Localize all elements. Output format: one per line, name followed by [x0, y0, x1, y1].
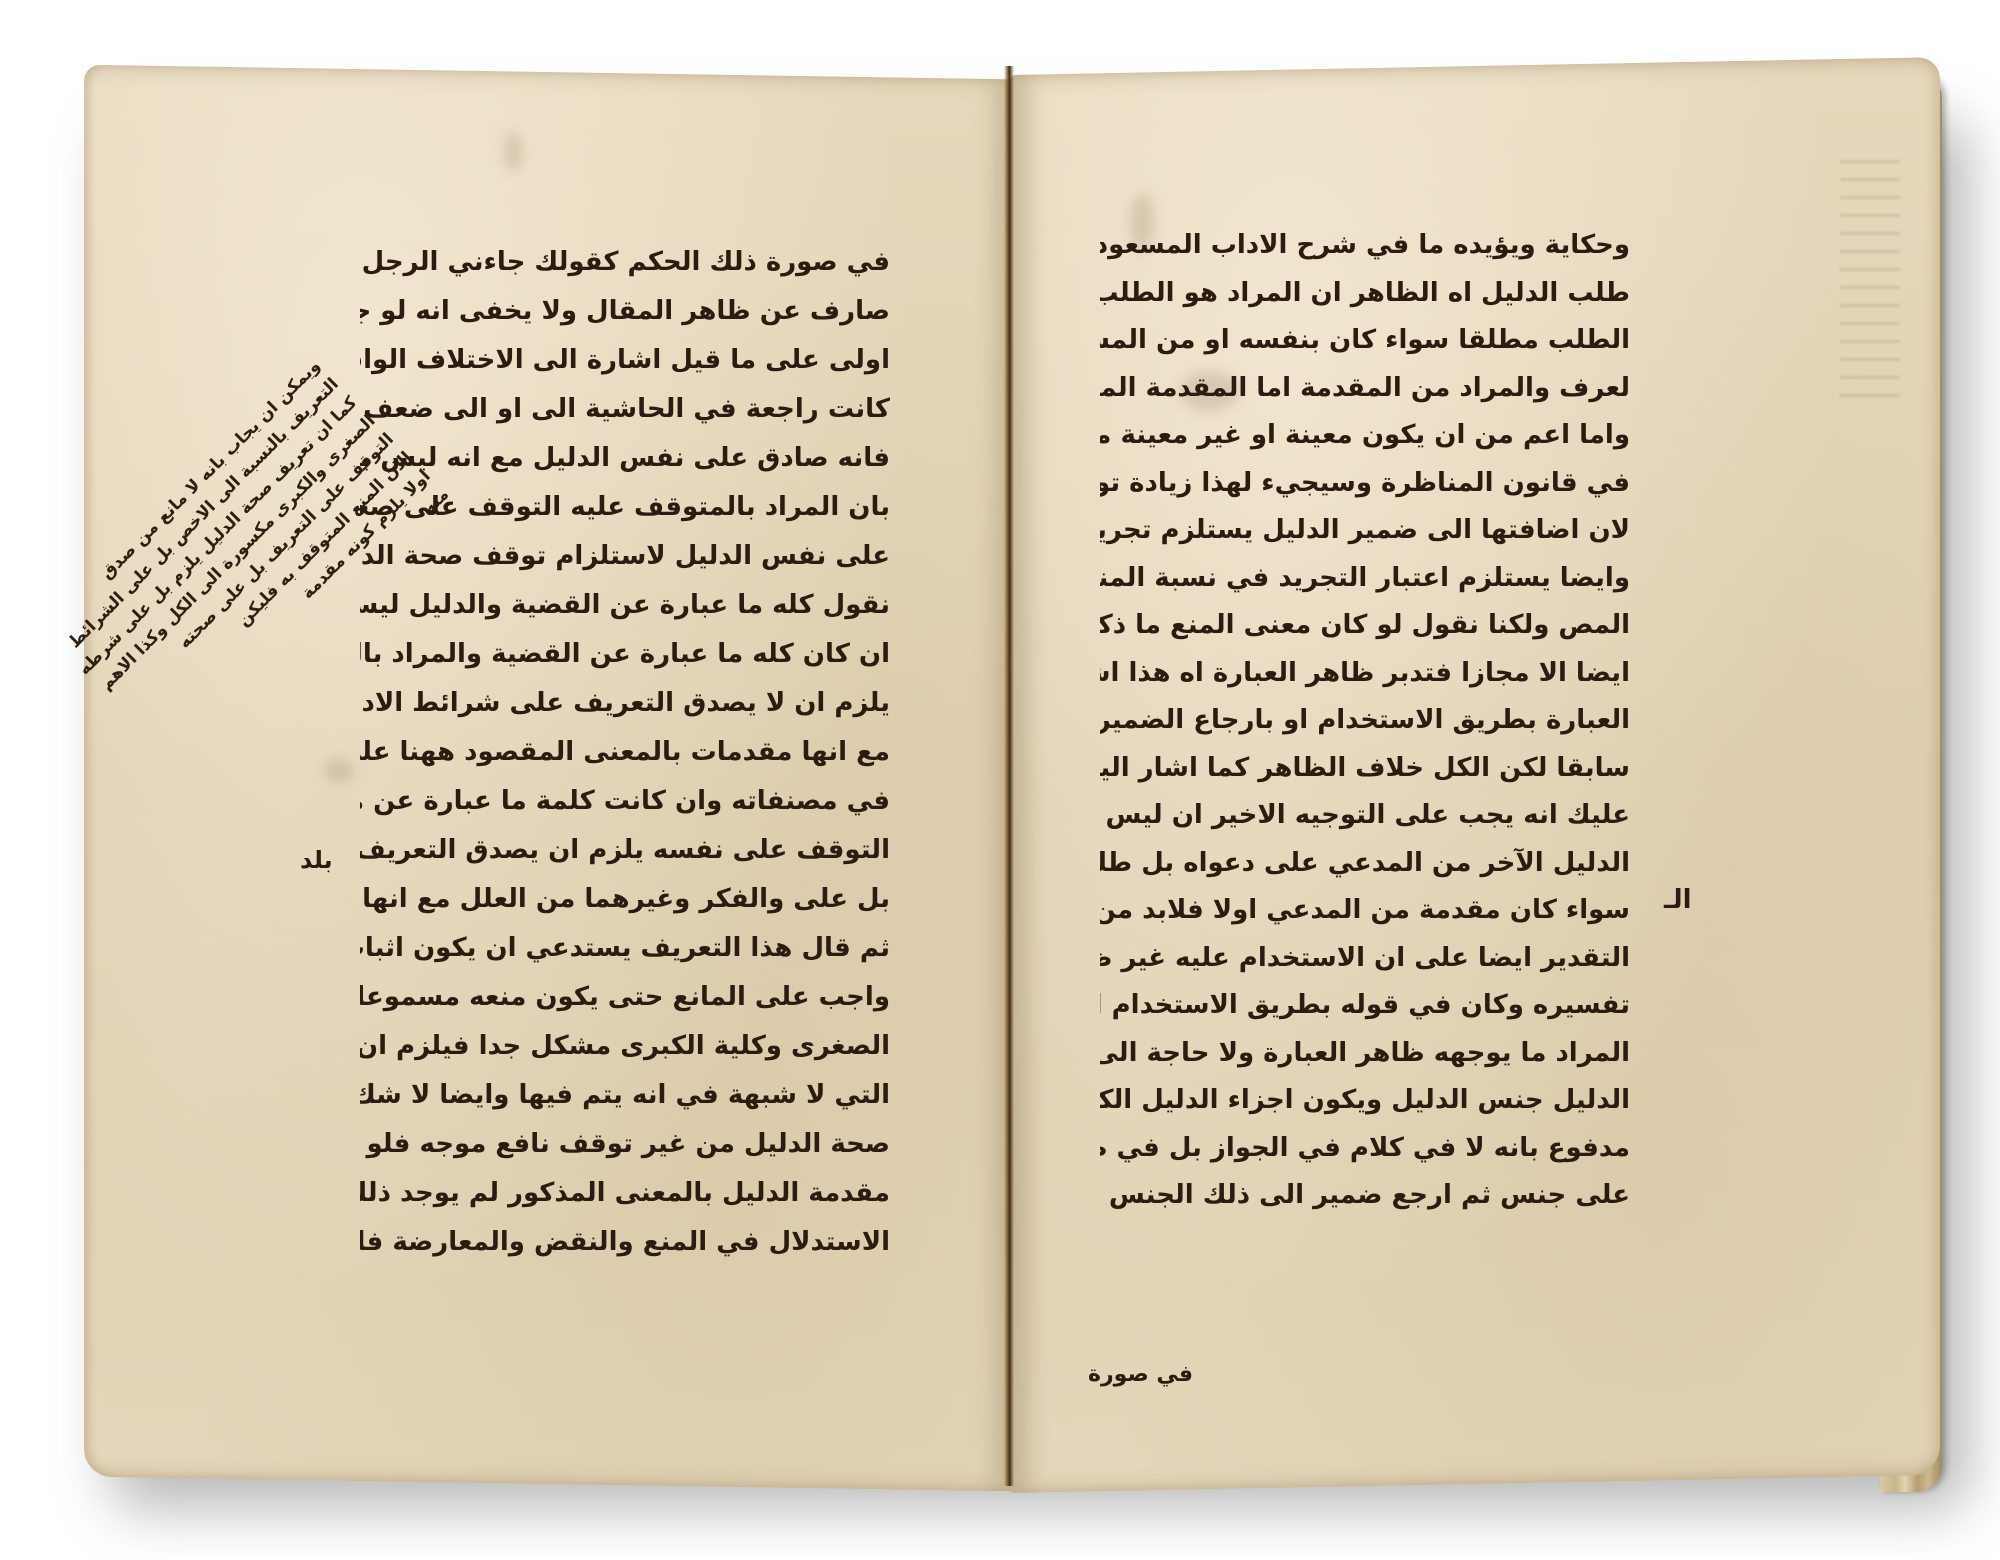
text-line: سابقا لكن الكل خلاف الظاهر كما اشار اليه…: [1100, 745, 1630, 793]
right-page-text: وحكاية ويؤيده ما في شرح الاداب المسعودي …: [1100, 222, 1630, 1220]
text-line: في صورة ذلك الحكم كقولك جاءني الرجل هو ع…: [360, 238, 890, 287]
text-line: ايضا الا مجازا فتدبر ظاهر العبارة اه هذا…: [1100, 650, 1630, 698]
text-line: واجب على المانع حتى يكون منعه مسموعا واث…: [360, 973, 890, 1022]
text-line: طلب الدليل اه الظاهر ان المراد هو الطلب …: [1100, 270, 1630, 318]
text-line: سواء كان مقدمة من المدعي اولا فلابد من ا…: [1100, 887, 1630, 935]
text-line: ثم قال هذا التعريف يستدعي ان يكون اثبات …: [360, 924, 890, 973]
text-line: الدليل الآخر من المدعي على دعواه بل طلب …: [1100, 840, 1630, 888]
paper-stain: [504, 131, 522, 171]
text-line: صحة الدليل من غير توقف نافع موجه فلو كان…: [360, 1120, 890, 1169]
text-line: نقول كله ما عبارة عن القضية والدليل ليس …: [360, 581, 890, 630]
text-line: وحكاية ويؤيده ما في شرح الاداب المسعودي …: [1100, 222, 1630, 270]
catchword: في صورة: [1088, 1362, 1193, 1387]
text-line: العبارة بطريق الاستخدام او بارجاع الضمير…: [1100, 697, 1630, 745]
text-line: في قانون المناظرة وسيجيء لهذا زيادة توضي…: [1100, 460, 1630, 508]
text-line: على نفس الدليل لاستلزام توقف صحة الدليل …: [360, 532, 890, 581]
text-line: تفسيره وكان في قوله بطريق الاستخدام اشار…: [1100, 982, 1630, 1030]
text-line: كانت راجعة في الحاشية الى او الى ضعف الق…: [360, 385, 890, 434]
text-line: اولى على ما قيل اشارة الى الاختلاف الواق…: [360, 336, 890, 385]
text-line: وايضا يستلزم اعتبار التجريد في نسبة المن…: [1100, 555, 1630, 603]
left-margin-mark: بلد: [300, 846, 333, 874]
text-line: مدفوع بانه لا في كلام في الجواز بل في ظا…: [1100, 1125, 1630, 1173]
text-line: لان اضافتها الى ضمير الدليل يستلزم تجريد…: [1100, 507, 1630, 555]
bleed-through-text: [1840, 160, 1900, 400]
text-line: فانه صادق على نفس الدليل مع انه ليس بمقد…: [360, 434, 890, 483]
text-line: مقدمة الدليل بالمعنى المذكور لم يوجد ذلك…: [360, 1169, 890, 1218]
text-line: المص ولكنا نقول لو كان معنى المنع ما ذكر…: [1100, 602, 1630, 650]
text-line: الاستدلال في المنع والنقض والمعارضة فالا…: [360, 1218, 890, 1267]
text-line: في مصنفاته وان كانت كلمة ما عبارة عن مطل…: [360, 777, 890, 826]
text-line: التي لا شبهة في انه يتم فيها وايضا لا شك…: [360, 1071, 890, 1120]
text-line: ان كان كله ما عبارة عن القضية والمراد با…: [360, 630, 890, 679]
text-line: لعرف والمراد من المقدمة اما المقدمة المع…: [1100, 365, 1630, 413]
left-page-text: في صورة ذلك الحكم كقولك جاءني الرجل هو ع…: [360, 238, 890, 1267]
book-gutter: [1004, 66, 1014, 1486]
text-line: واما اعم من ان يكون معينة او غير معينة م…: [1100, 412, 1630, 460]
text-line: مع انها مقدمات بالمعنى المقصود ههنا على …: [360, 728, 890, 777]
manuscript-spread: في صورة ذلك الحكم كقولك جاءني الرجل هو ع…: [0, 0, 2000, 1560]
text-line: الصغرى وكلية الكبرى مشكل جدا فيلزم ان لا…: [360, 1022, 890, 1071]
text-line: التوقف على نفسه يلزم ان يصدق التعريف على…: [360, 826, 890, 875]
text-line: صارف عن ظاهر المقال ولا يخفى انه لو جعل …: [360, 287, 890, 336]
text-line: يلزم ان لا يصدق التعريف على شرائط الادلة…: [360, 679, 890, 728]
text-line: الدليل جنس الدليل ويكون اجزاء الدليل الك…: [1100, 1077, 1630, 1125]
text-line: بل على والفكر وغيرهما من العلل مع انها ل…: [360, 875, 890, 924]
right-margin-mark: الـ: [1664, 885, 1692, 915]
text-line: على جنس ثم ارجع ضمير الى ذلك الجنس يتباد…: [1100, 1172, 1630, 1220]
paper-stain: [324, 758, 354, 782]
text-line: الطلب مطلقا سواء كان بنفسه او من المستدل…: [1100, 317, 1630, 365]
text-line: التقدير ايضا على ان الاستخدام عليه غير ظ…: [1100, 935, 1630, 983]
text-line: عليك انه يجب على التوجيه الاخير ان ليس ا…: [1100, 792, 1630, 840]
text-line: المراد ما يوجهه ظاهر العبارة ولا حاجة ال…: [1100, 1030, 1630, 1078]
